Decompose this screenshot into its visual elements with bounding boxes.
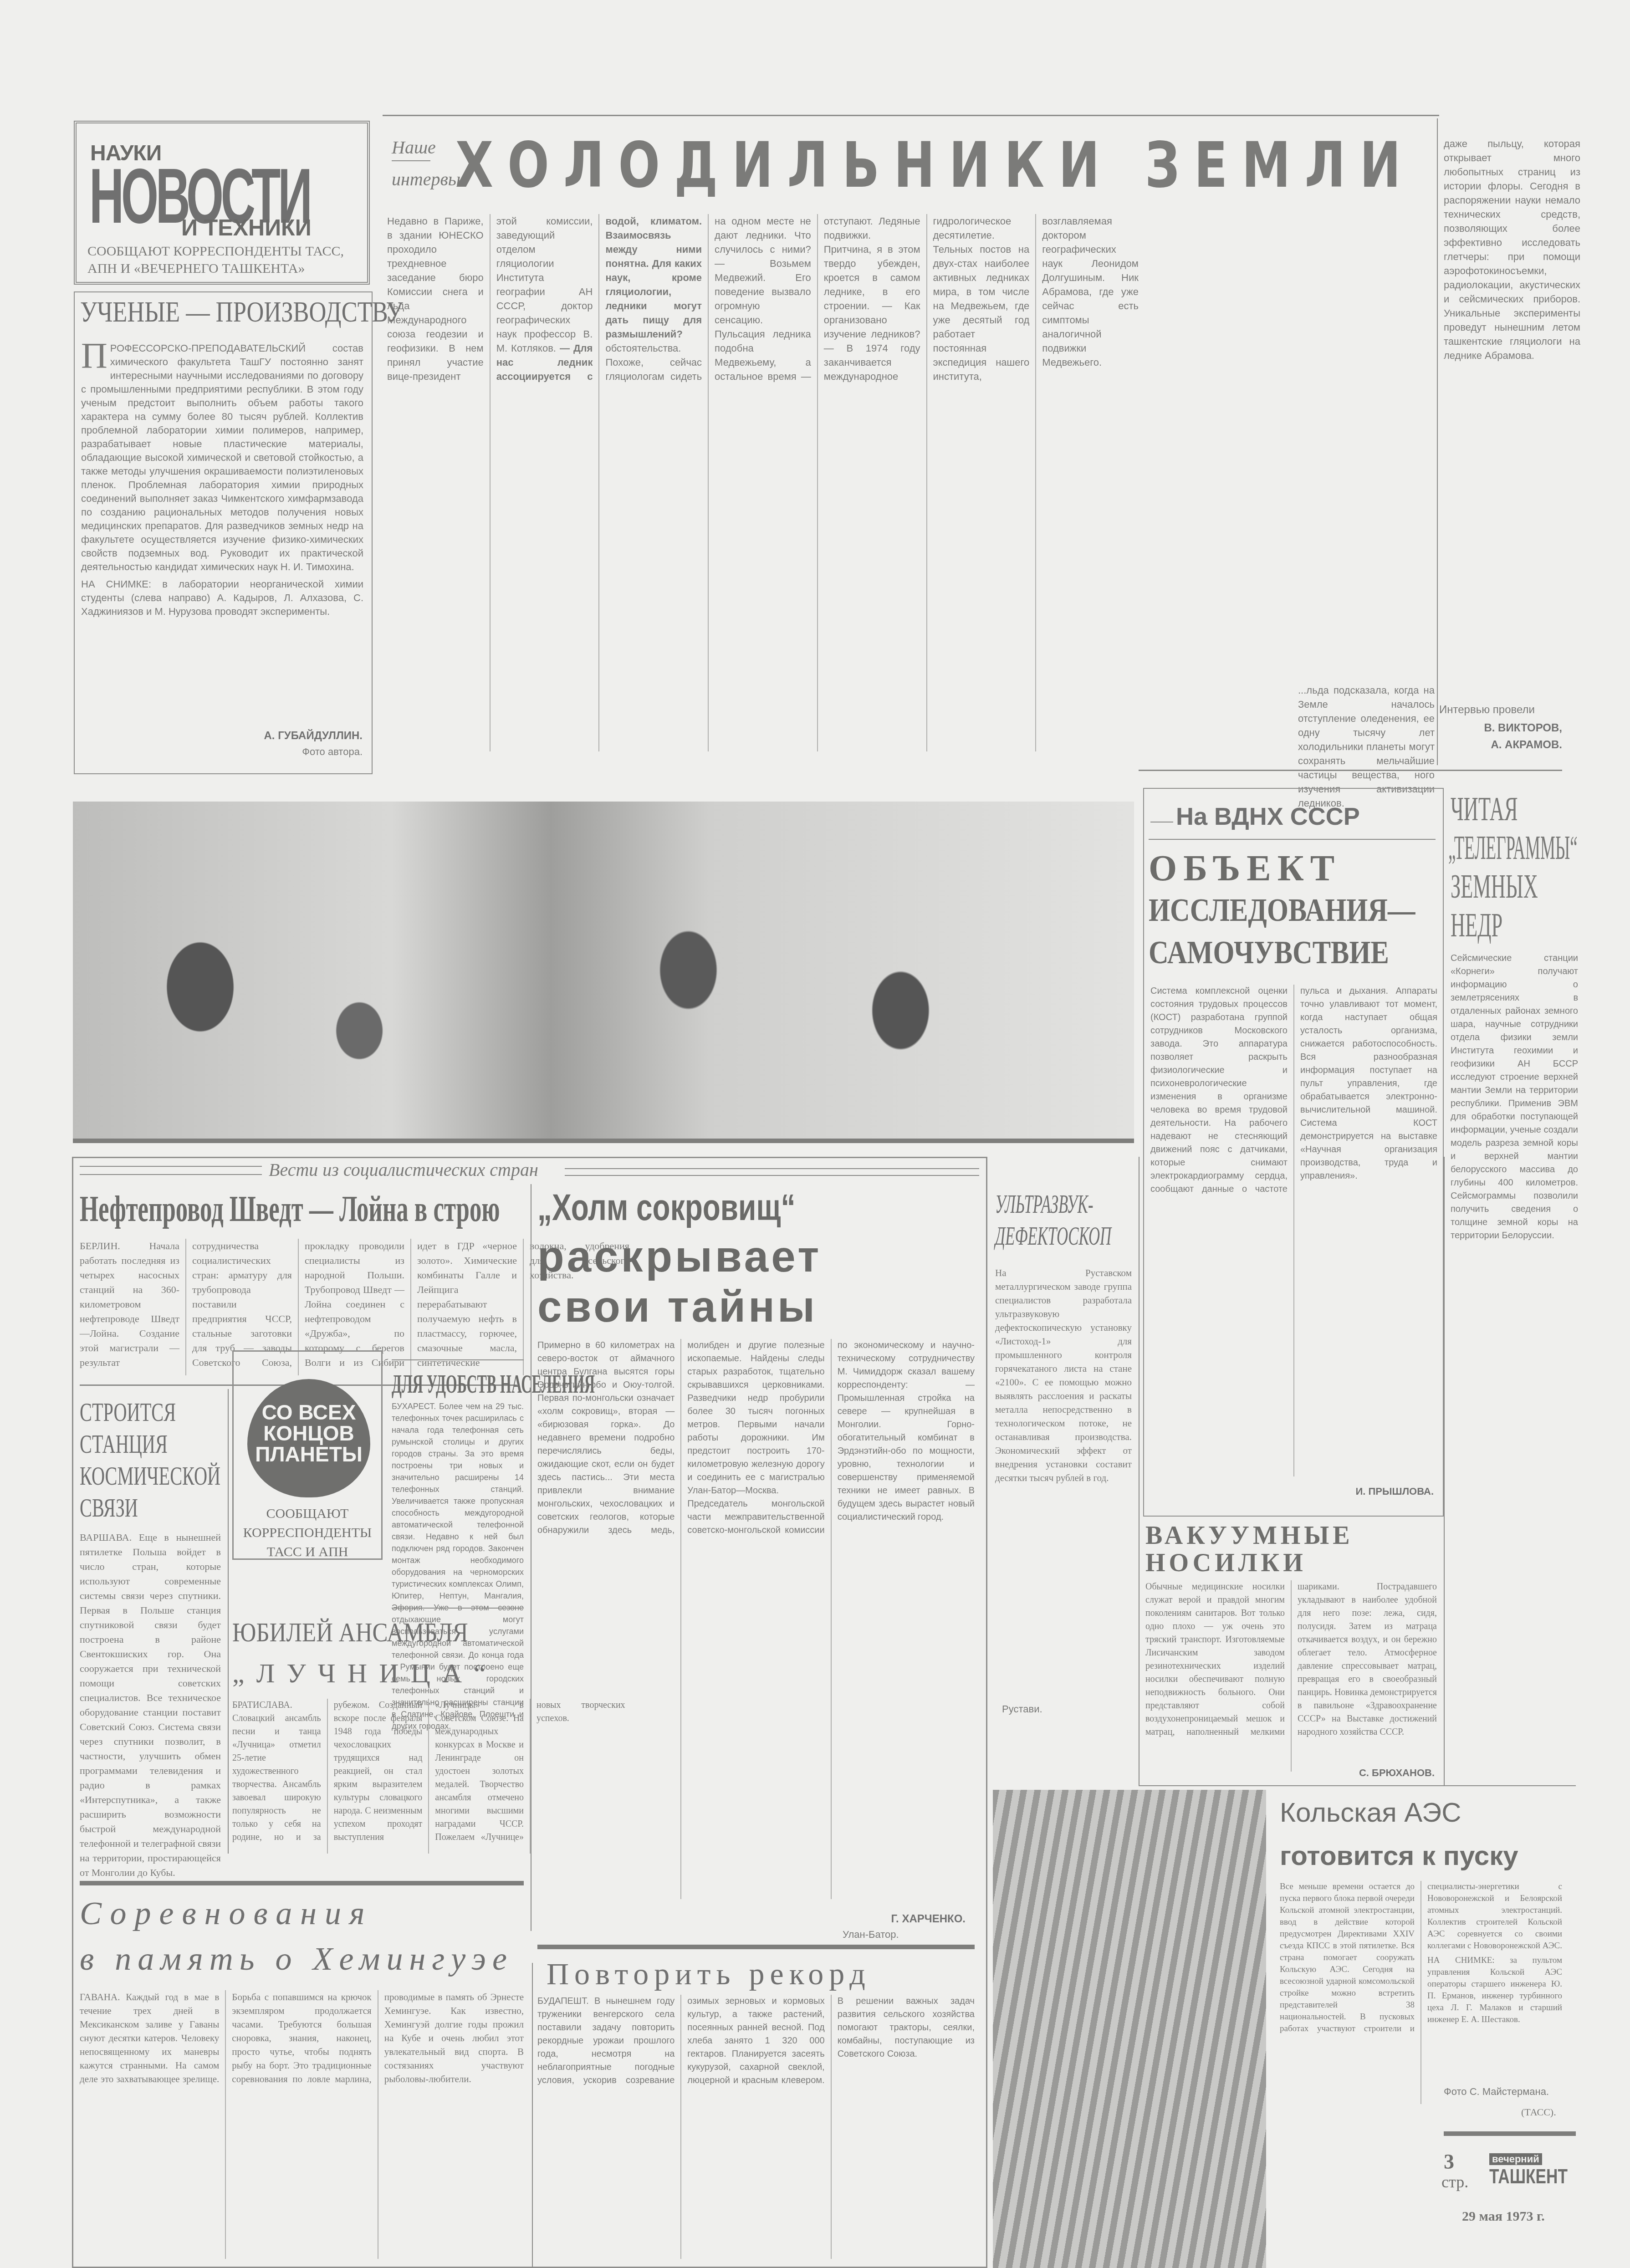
byline-bryukhanov: С. БРЮХАНОВ.	[1321, 1767, 1435, 1779]
column-rule	[1444, 1157, 1445, 1785]
footer-rule	[1444, 2131, 1576, 2136]
headline-stretcher-2: НОСИЛКИ	[1145, 1548, 1307, 1578]
headline-vdnh-2: ИССЛЕДОВАНИЯ—	[1149, 891, 1415, 929]
kola-agency: (ТАСС).	[1521, 2106, 1556, 2118]
byline-viktorov: В. ВИКТОРОВ,	[1435, 722, 1562, 735]
headline-ensemble-2: „ЛУЧНИЦА“	[232, 1658, 498, 1689]
headline-ultrasound-2: ДЕФЕКТОСКОП	[995, 1221, 1111, 1251]
photo-credit: Фото автора.	[302, 746, 363, 758]
headline-scientists: УЧЕНЫЕ — ПРОИЗВОДСТВУ	[80, 295, 403, 329]
emblem-caption: СООБЩАЮТ КОРРЕСПОНДЕНТЫ ТАСС И АПН	[234, 1504, 381, 1562]
headline-telegrams-4: НЕДР	[1451, 906, 1502, 945]
headline-telegrams-3: ЗЕМНЫХ	[1451, 868, 1538, 906]
headline-record: Повторить рекорд	[547, 1956, 871, 1992]
section-rule	[537, 1945, 975, 1949]
headline-space-4: СВЯЗИ	[80, 1494, 138, 1523]
vdnh-body: Система комплексной оценки состояния тру…	[1150, 985, 1437, 1476]
headline-space-2: СТАНЦИЯ	[80, 1430, 168, 1459]
rubric-rule	[392, 160, 430, 161]
treasure-body: Примерно в 60 километрах на северо-восто…	[537, 1339, 975, 1899]
kola-caption: НА СНИМКЕ: за пультом управления Кольско…	[1427, 1955, 1562, 2026]
column-rule	[1139, 1157, 1139, 1785]
headline-pipeline: Нефтепровод Шведт — Лойна в строю	[80, 1189, 500, 1230]
interview-body: Недавно в Париже, в здании ЮНЕСКО проход…	[387, 214, 1139, 751]
rubric-line	[80, 1166, 262, 1167]
ensemble-body: БРАТИСЛАВА. Словацкий ансамбль песни и т…	[232, 1699, 524, 1854]
interview-right-column: даже пыльцу, которая открывает много люб…	[1444, 137, 1580, 363]
headline-hemingway-2: в память о Хемингуэе	[80, 1940, 513, 1978]
column-rule	[531, 1184, 531, 1931]
masthead-subtitle: СООБЩАЮТ КОРРЕСПОНДЕНТЫ ТАСС, АПН И «ВЕЧ…	[87, 243, 361, 277]
kola-body: Все меньше времени остается до пуска пер…	[1280, 1881, 1562, 2104]
column-rule	[1437, 118, 1438, 765]
headline-treasure-1: „Холм сокровищ“	[537, 1186, 795, 1229]
headline-telegrams-1: ЧИТАЯ	[1451, 790, 1518, 829]
article-vdnh: На ВДНХ СССР ОБЪЕКТ ИССЛЕДОВАНИЯ— САМОЧУ…	[1143, 788, 1444, 1517]
dateline-rustavi: Рустави.	[1002, 1703, 1042, 1715]
photo-caption: НА СНИМКЕ: в лаборатории неорганической …	[81, 577, 363, 618]
rubric-line	[565, 1175, 979, 1176]
byline-kharchenko: Г. ХАРЧЕНКО.	[838, 1913, 966, 1926]
column-rule	[228, 1389, 229, 1854]
rubric-vdnh: На ВДНХ СССР	[1176, 802, 1360, 831]
headline-vdnh-1: ОБЪЕКТ	[1149, 848, 1341, 889]
section-rule	[1139, 770, 1562, 771]
byline-akramov: А. АКРАМОВ.	[1435, 739, 1562, 751]
headline-ultrasound-1: УЛЬТРАЗВУК-	[995, 1189, 1093, 1219]
headline-stretcher-1: ВАКУУМНЫЕ	[1145, 1521, 1354, 1550]
headline-kola-1: Кольская АЭС	[1280, 1797, 1461, 1828]
top-rule	[383, 115, 1439, 116]
headline-telegrams-2: „ТЕЛЕГРАММЫ“	[1448, 829, 1578, 868]
dropcap: П	[81, 342, 107, 371]
section-rule	[80, 1881, 524, 1885]
rubric-dash	[1150, 822, 1173, 822]
dateline-ulan-bator: Улан-Батор.	[843, 1929, 899, 1941]
headline-treasure-3: свои тайны	[537, 1282, 818, 1332]
rubric-socialist: Вести из социалистических стран	[269, 1159, 538, 1180]
section-rule	[1139, 1785, 1576, 1786]
headline-vdnh-3: САМОЧУВСТВИЕ	[1149, 934, 1389, 971]
section-rule	[392, 1359, 524, 1360]
paper-logo-bottom: ТАШКЕНТ	[1489, 2166, 1568, 2188]
byline-gubaydullin: А. ГУБАЙДУЛЛИН.	[264, 730, 363, 742]
headline-space-3: КОСМИЧЕСКОЙ	[80, 1462, 220, 1491]
rubric-line	[80, 1174, 262, 1175]
headline-space-1: СТРОИТСЯ	[80, 1398, 176, 1427]
interview-credit-label: Интервью провели	[1439, 704, 1535, 716]
lab-students-photo	[73, 802, 1134, 1139]
headline-hemingway-1: Соревнования	[80, 1895, 373, 1932]
paper-logo-top: вечерний	[1489, 2153, 1542, 2165]
emblem-box: СО ВСЕХ КОНЦОВ ПЛАНЕТЫ СООБЩАЮТ КОРРЕСПО…	[232, 1350, 383, 1560]
stretcher-body: Обычные медицинские носилки служат верой…	[1145, 1580, 1437, 1772]
headline-treasure-2: раскрывает	[537, 1232, 822, 1282]
photo-bottom-rule	[73, 1139, 1134, 1143]
record-body: БУДАПЕШТ. В нынешнем году труженики венг…	[537, 1995, 975, 2259]
ultrasound-body: На Руставском металлургическом заводе гр…	[995, 1266, 1132, 1485]
headline-kola-2: готовится к пуску	[1280, 1840, 1518, 1871]
page-label: стр.	[1441, 2172, 1468, 2191]
byline-pryshlova: И. ПРЫШЛОВА.	[1355, 1486, 1434, 1497]
column-rule	[532, 1963, 533, 2268]
kola-photo-credit: Фото С. Майстермана.	[1444, 2086, 1549, 2098]
rubric-line	[565, 1168, 979, 1169]
page-number: 3	[1444, 2150, 1454, 2174]
telegrams-body: Сейсмические станции «Корнеги» получают …	[1451, 952, 1578, 1242]
rubric-masthead-box: НАУКИ НОВОСТИ И ТЕХНИКИ СООБЩАЮТ КОРРЕСП…	[74, 121, 370, 285]
article-scientists: УЧЕНЫЕ — ПРОИЗВОДСТВУ П РОФЕССОРСКО-ПРЕП…	[74, 291, 373, 774]
rubric-underline	[1149, 839, 1436, 840]
kola-npp-photo	[993, 1790, 1266, 2268]
section-rule	[392, 1608, 524, 1609]
hemingway-body: ГАВАНА. Каждый год в мае в течение трех …	[80, 1990, 524, 2259]
space-body: ВАРШАВА. Еще в нынешней пятилетке Польша…	[80, 1530, 221, 1880]
headline-glaciers: ХОЛОДИЛЬНИКИ ЗЕМЛИ	[455, 128, 1415, 202]
logo-i-tekhniki: И ТЕХНИКИ	[181, 215, 312, 241]
globe-text: СО ВСЕХ КОНЦОВ ПЛАНЕТЫ	[252, 1402, 366, 1465]
headline-ensemble-1: ЮБИЛЕЙ АНСАМБЛЯ	[232, 1617, 468, 1648]
issue-date: 29 мая 1973 г.	[1462, 2209, 1545, 2224]
scientists-body: П РОФЕССОРСКО-ПРЕПОДАВАТЕЛЬСКИЙ состав х…	[81, 342, 363, 618]
rubric-nashe: Наше	[392, 137, 436, 158]
